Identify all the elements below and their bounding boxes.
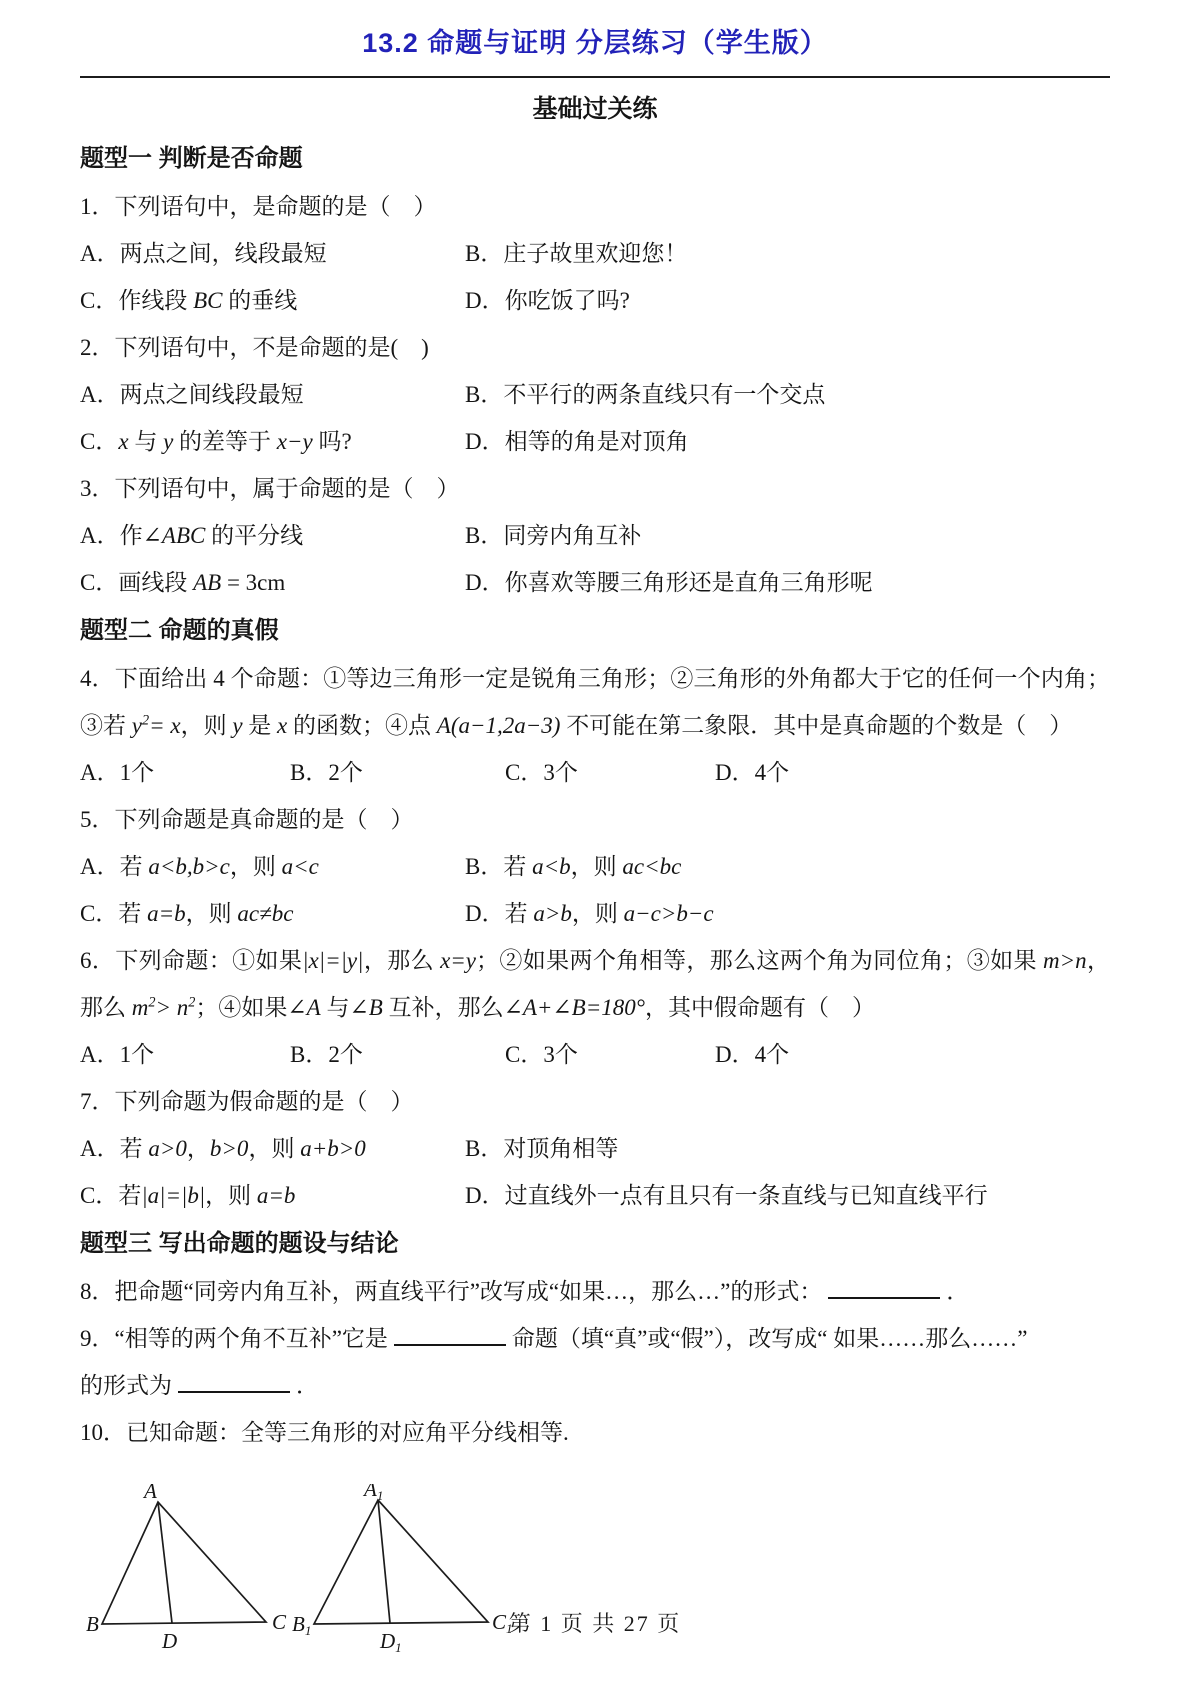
math-segment: ac<bc	[622, 854, 681, 879]
option: A．作∠ABC 的平分线	[80, 512, 465, 559]
text-segment: 不可能在第二象限．其中是真命题的个数是（ ）	[560, 713, 1072, 738]
text-segment: 7．下列命题为假命题的是（ ）	[80, 1089, 414, 1114]
option-label: C．	[505, 1042, 543, 1067]
text-segment: 若	[118, 1183, 141, 1208]
option: C．画线段 AB = 3cm	[80, 559, 465, 606]
text-segment: 互补，那么	[383, 995, 504, 1020]
math-segment: 2	[148, 994, 155, 1010]
math-segment: BC	[193, 288, 222, 313]
text-segment: 作	[120, 523, 143, 548]
section-heading: 题型二 命题的真假	[80, 606, 1110, 655]
option: A．若 a>0，b>0，则 a+b>0	[80, 1125, 465, 1172]
math-segment: ac≠bc	[237, 901, 293, 926]
text-segment: 你吃饭了吗?	[505, 288, 630, 313]
text-segment: ，则	[248, 1136, 300, 1161]
text-segment: 两点之间线段最短	[120, 382, 304, 407]
text-segment: ，	[187, 1136, 210, 1161]
options-row: A．若 a>0，b>0，则 a+b>0B．对顶角相等	[80, 1125, 1110, 1172]
math-segment: AB	[193, 570, 221, 595]
math-segment: a=b	[257, 1183, 296, 1208]
triangle-a1b1c1	[314, 1500, 488, 1624]
option-label: D．	[715, 1042, 755, 1067]
fill-in-blank	[178, 1367, 290, 1393]
option-label: A．	[80, 382, 120, 407]
text-segment: 10．已知命题：全等三角形的对应角平分线相等.	[80, 1420, 569, 1445]
question-text: 的形式为．	[80, 1362, 1110, 1409]
option-label: C．	[80, 570, 118, 595]
math-segment: |a|=|b|	[141, 1183, 205, 1208]
math-segment: = x	[149, 713, 180, 738]
option: D．4个	[715, 1031, 1110, 1078]
text-segment: ．	[296, 1373, 319, 1398]
option: D．你吃饭了吗?	[465, 277, 1110, 324]
options-row: C．若|a|=|b|，则 a=bD．过直线外一点有且只有一条直线与已知直线平行	[80, 1172, 1110, 1219]
math-segment: ∠B	[349, 995, 382, 1020]
triangle-abc	[102, 1502, 266, 1624]
options-row: C．x 与 y 的差等于 x−y 吗?D．相等的角是对顶角	[80, 418, 1110, 465]
option-label: B．	[290, 760, 328, 785]
option-label: B．	[465, 382, 503, 407]
option-label: D．	[465, 570, 505, 595]
option: A．1个	[80, 1031, 290, 1078]
option: C．x 与 y 的差等于 x−y 吗?	[80, 418, 465, 465]
question-text: 10．已知命题：全等三角形的对应角平分线相等.	[80, 1409, 1110, 1456]
text-segment: 2．下列语句中，不是命题的是( )	[80, 335, 429, 360]
text-segment: 1．下列语句中，是命题的是（ ）	[80, 194, 437, 219]
question-text: 4．下面给出 4 个命题：①等边三角形一定是锐角三角形；②三角形的外角都大于它的…	[80, 655, 1110, 749]
text-segment: 4个	[755, 1042, 790, 1067]
option-label: C．	[80, 1183, 118, 1208]
question-text: 2．下列语句中，不是命题的是( )	[80, 324, 1110, 371]
option: C．3个	[505, 1031, 715, 1078]
option: B．若 a<b，则 ac<bc	[465, 843, 1110, 890]
option-label: A．	[80, 1136, 120, 1161]
math-segment: y	[232, 713, 242, 738]
option: B．庄子故里欢迎您！	[465, 230, 1110, 277]
text-segment: 2个	[328, 760, 363, 785]
text-segment: ；④如果	[195, 995, 287, 1020]
question-text: 5．下列命题是真命题的是（ ）	[80, 796, 1110, 843]
options-row: C．画线段 AB = 3cmD．你喜欢等腰三角形还是直角三角形呢	[80, 559, 1110, 606]
text-segment: 过直线外一点有且只有一条直线与已知直线平行	[505, 1183, 988, 1208]
text-segment: 3个	[543, 760, 578, 785]
text-segment: 的形式为	[80, 1373, 172, 1398]
text-segment: ，则	[205, 1183, 257, 1208]
option: D．4个	[715, 749, 1110, 796]
option-label: C．	[505, 760, 543, 785]
option-label: C．	[80, 901, 118, 926]
options-row: A．1个B．2个C．3个D．4个	[80, 749, 1110, 796]
question-text: 1．下列语句中，是命题的是（ ）	[80, 183, 1110, 230]
text-segment: 2个	[328, 1042, 363, 1067]
option-label: A．	[80, 760, 120, 785]
math-segment: >	[156, 995, 177, 1020]
question-text: 6．下列命题：①如果|x|=|y|，那么 x=y；②如果两个角相等，那么这两个角…	[80, 937, 1110, 1031]
text-segment: 命题（填“真”或“假”），改写成“ 如果……那么……”	[512, 1326, 1028, 1351]
option-label: B．	[465, 241, 503, 266]
option-label: D．	[465, 429, 505, 454]
option: B．同旁内角互补	[465, 512, 1110, 559]
fill-in-blank	[394, 1320, 506, 1346]
option-label: B．	[465, 1136, 503, 1161]
text-segment: ，则	[571, 854, 623, 879]
text-segment: 8．把命题“同旁内角互补，两直线平行”改写成“如果…，那么…”的形式：	[80, 1279, 822, 1304]
option: A．两点之间，线段最短	[80, 230, 465, 277]
text-segment: = 3cm	[221, 570, 285, 595]
option: B．对顶角相等	[465, 1125, 1110, 1172]
text-segment: 是	[243, 713, 278, 738]
math-segment: a<c	[282, 854, 319, 879]
options-row: A．两点之间，线段最短B．庄子故里欢迎您！	[80, 230, 1110, 277]
text-segment: ，则	[186, 901, 238, 926]
math-segment: m>n	[1043, 948, 1087, 973]
text-segment: 画线段	[118, 570, 193, 595]
text-segment: ，则	[230, 854, 282, 879]
option: B．不平行的两条直线只有一个交点	[465, 371, 1110, 418]
options-row: A．作∠ABC 的平分线B．同旁内角互补	[80, 512, 1110, 559]
text-segment: 若	[505, 901, 534, 926]
option-label: D．	[465, 901, 505, 926]
text-segment: 6．下列命题：①如果	[80, 948, 302, 973]
question-text: 8．把命题“同旁内角互补，两直线平行”改写成“如果…，那么…”的形式：．	[80, 1268, 1110, 1315]
option-label: B．	[465, 854, 503, 879]
text-segment: 吗?	[313, 429, 352, 454]
text-segment: 的垂线	[222, 288, 297, 313]
page-footer: 第 1 页 共 27 页	[0, 1607, 1190, 1638]
text-segment: 若	[503, 854, 532, 879]
math-segment: y	[163, 429, 173, 454]
math-segment: x	[277, 713, 287, 738]
question-blocks: 题型一 判断是否命题1．下列语句中，是命题的是（ ）A．两点之间，线段最短B．庄…	[80, 134, 1110, 1456]
math-segment: A(a−1,2a−3)	[437, 713, 561, 738]
text-segment: 的差等于	[173, 429, 277, 454]
math-segment: a<b	[532, 854, 571, 879]
vertex-label-a1: A1	[362, 1484, 383, 1503]
question-text: 7．下列命题为假命题的是（ ）	[80, 1078, 1110, 1125]
option: D．过直线外一点有且只有一条直线与已知直线平行	[465, 1172, 1110, 1219]
option-label: B．	[465, 523, 503, 548]
text-segment: 与	[321, 995, 350, 1020]
text-segment: 两点之间，线段最短	[120, 241, 327, 266]
math-segment: a>b	[533, 901, 572, 926]
option-label: C．	[80, 429, 118, 454]
option: C．作线段 BC 的垂线	[80, 277, 465, 324]
fill-in-blank	[828, 1273, 940, 1299]
text-segment: ，那么	[363, 948, 440, 973]
options-row: A．若 a<b,b>c，则 a<cB．若 a<b，则 ac<bc	[80, 843, 1110, 890]
option-label: A．	[80, 854, 120, 879]
option: C．3个	[505, 749, 715, 796]
options-row: C．若 a=b，则 ac≠bcD．若 a>b，则 a−c>b−c	[80, 890, 1110, 937]
math-segment: a=b	[147, 901, 186, 926]
text-segment: 作线段	[118, 288, 193, 313]
text-segment: 若	[120, 1136, 149, 1161]
math-segment: a+b>0	[300, 1136, 366, 1161]
text-segment: 不平行的两条直线只有一个交点	[503, 382, 825, 407]
section-heading: 题型三 写出命题的题设与结论	[80, 1219, 1110, 1268]
text-segment: ．	[946, 1279, 969, 1304]
option-label: A．	[80, 523, 120, 548]
math-segment: a>0	[148, 1136, 187, 1161]
text-segment: 3个	[543, 1042, 578, 1067]
title-divider	[80, 76, 1110, 78]
option: D．相等的角是对顶角	[465, 418, 1110, 465]
option: B．2个	[290, 749, 505, 796]
option: B．2个	[290, 1031, 505, 1078]
options-row: A．1个B．2个C．3个D．4个	[80, 1031, 1110, 1078]
math-segment: n	[177, 995, 189, 1020]
option-label: D．	[715, 760, 755, 785]
text-segment: ，则	[572, 901, 624, 926]
option: A．1个	[80, 749, 290, 796]
text-segment: 1个	[120, 1042, 155, 1067]
text-segment: 你喜欢等腰三角形还是直角三角形呢	[505, 570, 873, 595]
math-segment: a<b,b>c	[148, 854, 230, 879]
text-segment: ；②如果两个角相等，那么这两个角为同位角；③如果	[476, 948, 1043, 973]
option: D．你喜欢等腰三角形还是直角三角形呢	[465, 559, 1110, 606]
section-heading: 题型一 判断是否命题	[80, 134, 1110, 183]
option: C．若|a|=|b|，则 a=b	[80, 1172, 465, 1219]
text-segment: 若	[120, 854, 149, 879]
options-row: C．作线段 BC 的垂线D．你吃饭了吗?	[80, 277, 1110, 324]
math-segment: x−y	[277, 429, 313, 454]
text-segment: 同旁内角互补	[503, 523, 641, 548]
math-segment: ∠A	[287, 995, 320, 1020]
section-title-basic-practice: 基础过关练	[80, 94, 1110, 124]
text-segment: 若	[118, 901, 147, 926]
question-text: 3．下列语句中，属于命题的是（ ）	[80, 465, 1110, 512]
math-segment: x	[118, 429, 128, 454]
option-label: C．	[80, 288, 118, 313]
option: A．两点之间线段最短	[80, 371, 465, 418]
math-segment: ∠A+∠B=180°	[504, 995, 645, 1020]
option-label: A．	[80, 241, 120, 266]
option-label: D．	[465, 1183, 505, 1208]
option-label: D．	[465, 288, 505, 313]
text-segment: 与	[129, 429, 164, 454]
text-segment: 的函数；④点	[287, 713, 437, 738]
math-segment: ∠ABC	[143, 523, 206, 548]
text-segment: ，其中假命题有（ ）	[645, 995, 875, 1020]
text-segment: 3．下列语句中，属于命题的是（ ）	[80, 476, 460, 501]
option-label: B．	[290, 1042, 328, 1067]
option: A．若 a<b,b>c，则 a<c	[80, 843, 465, 890]
text-segment: 4个	[755, 760, 790, 785]
question-text: 9．“相等的两个角不互补”它是命题（填“真”或“假”），改写成“ 如果……那么……	[80, 1315, 1110, 1362]
text-segment: 相等的角是对顶角	[505, 429, 689, 454]
math-segment: b>0	[210, 1136, 249, 1161]
option: D．若 a>b，则 a−c>b−c	[465, 890, 1110, 937]
options-row: A．两点之间线段最短B．不平行的两条直线只有一个交点	[80, 371, 1110, 418]
option-label: A．	[80, 1042, 120, 1067]
worksheet-page: 13.2 命题与证明 分层练习（学生版） 基础过关练 题型一 判断是否命题1．下…	[0, 0, 1190, 1656]
math-segment: m	[132, 995, 149, 1020]
math-segment: a−c>b−c	[624, 901, 714, 926]
text-segment: 5．下列命题是真命题的是（ ）	[80, 807, 414, 832]
text-segment: 对顶角相等	[503, 1136, 618, 1161]
text-segment: 9．“相等的两个角不互补”它是	[80, 1326, 388, 1351]
option: C．若 a=b，则 ac≠bc	[80, 890, 465, 937]
text-segment: 庄子故里欢迎您！	[503, 241, 687, 266]
text-segment: ，则	[181, 713, 233, 738]
text-segment: 的平分线	[205, 523, 303, 548]
vertex-label-a: A	[142, 1484, 157, 1503]
math-segment: |x|=|y|	[302, 948, 363, 973]
text-segment: 1个	[120, 760, 155, 785]
math-segment: y	[132, 713, 142, 738]
page-title: 13.2 命题与证明 分层练习（学生版）	[80, 26, 1110, 60]
math-segment: x=y	[440, 948, 476, 973]
